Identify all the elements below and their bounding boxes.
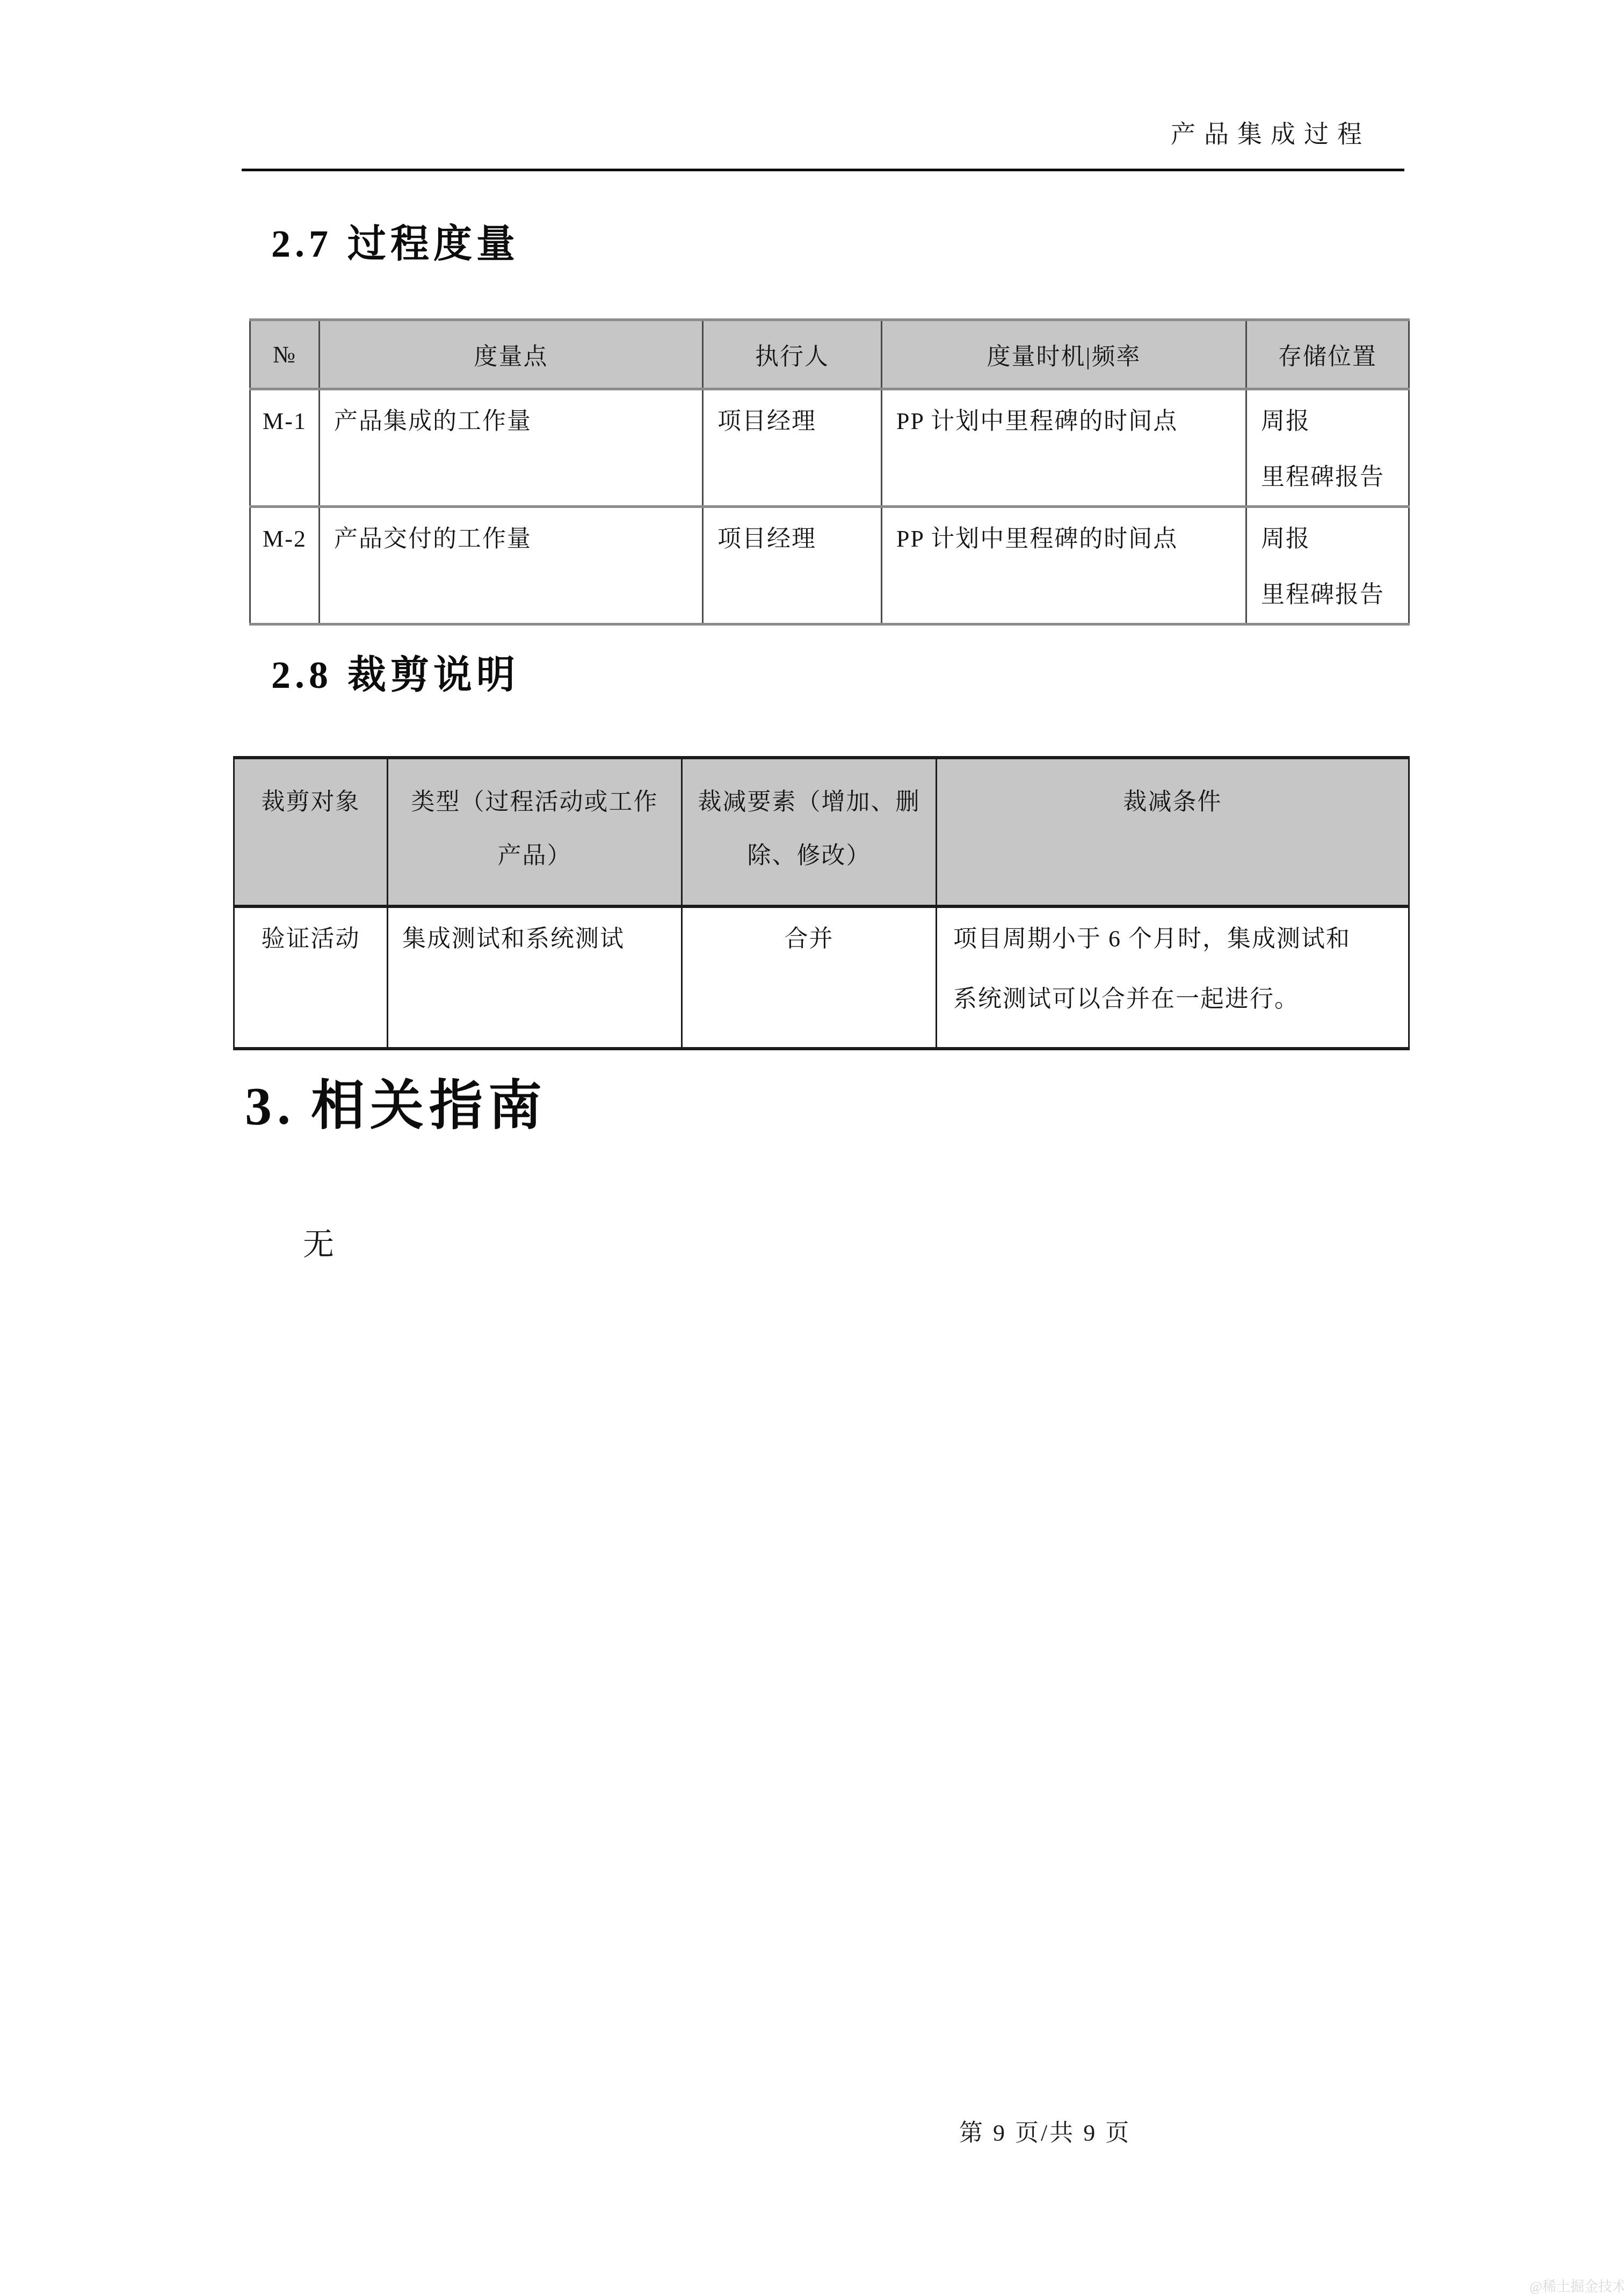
col-header-no: № xyxy=(250,320,320,389)
col-header-element: 裁减要素（增加、删 除、修改） xyxy=(682,758,937,906)
cell-storage: 周报 里程碑报告 xyxy=(1246,507,1409,624)
cell-executor: 项目经理 xyxy=(703,389,882,507)
header-line: 类型（过程活动或工作 xyxy=(389,775,680,829)
section-heading-3: 3.相关指南 xyxy=(245,1077,547,1136)
storage-line: 周报 xyxy=(1261,511,1397,567)
tailoring-table-header-row: 裁剪对象 类型（过程活动或工作 产品） 裁减要素（增加、删 除、修改） 裁减条件 xyxy=(234,758,1409,906)
header-line: 裁减条件 xyxy=(938,775,1408,829)
col-header-condition: 裁减条件 xyxy=(937,758,1409,906)
storage-line: 里程碑报告 xyxy=(1261,567,1397,623)
cell-target: 验证活动 xyxy=(234,906,388,1049)
cell-type: 集成测试和系统测试 xyxy=(388,906,682,1049)
section-title: 相关指南 xyxy=(311,1076,547,1136)
doc-title: 产品集成过程 xyxy=(1171,120,1371,148)
col-header-executor: 执行人 xyxy=(703,320,882,389)
measure-row-m1: M-1 产品集成的工作量 项目经理 PP 计划中里程碑的时间点 周报 里程碑报告 xyxy=(250,389,1409,507)
measure-row-m2: M-2 产品交付的工作量 项目经理 PP 计划中里程碑的时间点 周报 里程碑报告 xyxy=(250,507,1409,624)
col-header-timing: 度量时机|频率 xyxy=(882,320,1246,389)
header-line: 裁减要素（增加、删 xyxy=(683,775,935,829)
cell-timing: PP 计划中里程碑的时间点 xyxy=(882,389,1246,507)
header-line: 除、修改） xyxy=(683,829,935,883)
section-number: 2.8 xyxy=(271,653,332,696)
cell-element: 合并 xyxy=(682,906,937,1049)
cell-storage: 周报 里程碑报告 xyxy=(1246,389,1409,507)
process-measure-table: № 度量点 执行人 度量时机|频率 存储位置 M-1 产品集成的工作量 项目经理… xyxy=(249,318,1410,626)
section-number: 3. xyxy=(245,1076,296,1136)
document-page: 产品集成过程 2.7过程度量 № 度量点 执行人 度量时机|频率 存储位置 M-… xyxy=(0,0,1624,2296)
cell-timing: PP 计划中里程碑的时间点 xyxy=(882,507,1246,624)
col-header-target: 裁剪对象 xyxy=(234,758,388,906)
col-header-type: 类型（过程活动或工作 产品） xyxy=(388,758,682,906)
cell-no: M-2 xyxy=(250,507,320,624)
header-divider xyxy=(242,169,1404,171)
cell-point: 产品交付的工作量 xyxy=(320,507,703,624)
section-title: 过程度量 xyxy=(347,222,519,265)
cell-no: M-1 xyxy=(250,389,320,507)
watermark: @稀土掘金技术社区 xyxy=(1529,2276,1624,2295)
storage-line: 里程碑报告 xyxy=(1261,449,1397,505)
measure-table-header-row: № 度量点 执行人 度量时机|频率 存储位置 xyxy=(250,320,1409,389)
condition-line: 项目周期小于 6 个月时，集成测试和 xyxy=(953,909,1397,969)
cell-condition: 项目周期小于 6 个月时，集成测试和 系统测试可以合并在一起进行。 xyxy=(937,906,1409,1049)
page-footer: 第 9 页/共 9 页 xyxy=(959,2113,1131,2148)
section-title: 裁剪说明 xyxy=(347,653,519,696)
section-heading-2-7: 2.7过程度量 xyxy=(271,223,519,265)
condition-line: 系统测试可以合并在一起进行。 xyxy=(953,969,1397,1029)
running-header: 产品集成过程 xyxy=(1171,114,1371,150)
section-3-body: 无 xyxy=(303,1219,334,1264)
storage-line: 周报 xyxy=(1261,394,1397,449)
cell-executor: 项目经理 xyxy=(703,507,882,624)
tailoring-row: 验证活动 集成测试和系统测试 合并 项目周期小于 6 个月时，集成测试和 系统测… xyxy=(234,906,1409,1049)
header-line: 裁剪对象 xyxy=(235,775,386,829)
header-line: 产品） xyxy=(389,829,680,883)
section-heading-2-8: 2.8裁剪说明 xyxy=(271,654,519,696)
col-header-point: 度量点 xyxy=(320,320,703,389)
cell-point: 产品集成的工作量 xyxy=(320,389,703,507)
section-number: 2.7 xyxy=(271,222,332,265)
tailoring-table: 裁剪对象 类型（过程活动或工作 产品） 裁减要素（增加、删 除、修改） 裁减条件… xyxy=(233,756,1410,1050)
col-header-storage: 存储位置 xyxy=(1246,320,1409,389)
